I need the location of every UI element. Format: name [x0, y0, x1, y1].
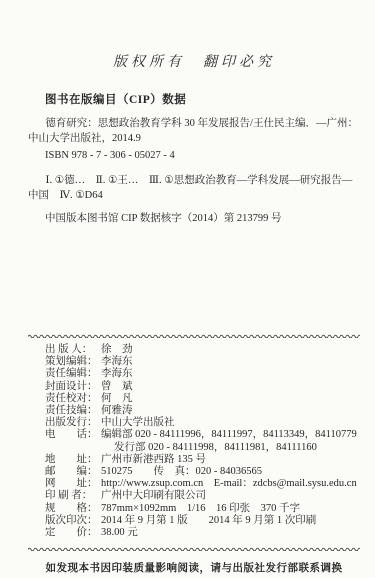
row-value: 何 凡 [101, 393, 133, 404]
row-value: 38.00 元 [101, 527, 138, 538]
row-value: 中山大学出版社 [101, 417, 175, 428]
colophon-row-proofreader: 责任校对：何 凡 [45, 393, 360, 405]
row-value: 发行部 020 - 84111998，84111981，84111160 [114, 442, 317, 453]
row-value: 徐 劲 [101, 344, 133, 355]
bottom-block: 如发现本书因印装质量影响阅读，请与出版社发行部联系调换 [28, 538, 360, 575]
row-value: 广州市新港西路 135 号 [101, 454, 206, 465]
colophon-row-publishing-house: 出版发行：中山大学出版社 [45, 417, 360, 429]
colophon-row-edition: 版次印次：2014 年 9 月第 1 版 2014 年 9 月第 1 次印刷 [45, 515, 360, 527]
row-value: 李海东 [101, 368, 133, 379]
cip-classification: Ⅰ. ①德… Ⅱ. ①王… Ⅲ. ①思想政治教育—学科发展—研究报告—中国 Ⅳ.… [28, 173, 360, 203]
row-label: 地 址： [45, 454, 101, 466]
row-label: 邮 编： [45, 466, 101, 478]
wavy-divider-top [28, 333, 360, 338]
row-value: 510275 传 真：020 - 84036565 [101, 466, 262, 477]
cip-data-title: 图书在版编目（CIP）数据 [28, 93, 360, 107]
colophon-row-address: 地 址：广州市新港西路 135 号 [45, 454, 360, 466]
colophon-row-postcode-fax: 邮 编：510275 传 真：020 - 84036565 [45, 466, 360, 478]
row-label: 封面设计： [45, 381, 101, 393]
colophon-row-website-email: 网 址：http://www.zsup.com.cn E-mail：zdcbs@… [45, 478, 360, 490]
colophon-row-telephone-cont: 发行部 020 - 84111998，84111981，84111160 [45, 442, 360, 454]
row-value: 李海东 [101, 356, 133, 367]
row-label: 策划编辑： [45, 356, 101, 368]
row-label: 责任技编： [45, 405, 101, 417]
row-value: 编辑部 020 - 84111996，84111997，84113349，841… [101, 429, 357, 440]
row-value: 广州中大印刷有限公司 [101, 490, 206, 501]
cip-description: 德育研究：思想政治教育学科 30 年发展报告/王仕民主编．—广州：中山大学出版社… [28, 116, 360, 146]
row-label: 责任编辑： [45, 368, 101, 380]
row-label: 印 刷 者： [45, 490, 101, 502]
row-label: 规 格： [45, 503, 101, 515]
row-label: 版次印次： [45, 515, 101, 527]
colophon-row-cover-design: 封面设计：曾 斌 [45, 381, 360, 393]
row-label: 电 话： [45, 429, 101, 441]
row-value: http://www.zsup.com.cn E-mail：zdcbs@mail… [101, 478, 357, 489]
row-value: 2014 年 9 月第 1 版 2014 年 9 月第 1 次印刷 [101, 515, 316, 526]
row-label: 责任校对： [45, 393, 101, 405]
colophon-row-publisher: 出 版 人：徐 劲 [45, 344, 360, 356]
row-label: 网 址： [45, 478, 101, 490]
cip-record-number: 中国版本图书馆 CIP 数据核字（2014）第 213799 号 [28, 212, 360, 226]
colophon-row-format: 规 格：787mm×1092mm 1/16 16 印张 370 千字 [45, 503, 360, 515]
isbn-number: ISBN 978 - 7 - 306 - 05027 - 4 [28, 149, 360, 163]
colophon-block: 出 版 人：徐 劲 策划编辑：李海东 责任编辑：李海东 封面设计：曾 斌 责任校… [28, 344, 360, 539]
wavy-divider-bottom [28, 546, 360, 551]
row-value: 曾 斌 [101, 381, 133, 392]
copyright-notice: 版权所有 翻印必究 [28, 0, 360, 71]
row-value: 何雅涛 [101, 405, 133, 416]
row-value: 787mm×1092mm 1/16 16 印张 370 千字 [101, 503, 300, 514]
colophon-row-technical-editor: 责任技编：何雅涛 [45, 405, 360, 417]
colophon-row-printer: 印 刷 者：广州中大印刷有限公司 [45, 490, 360, 502]
row-label: 出版发行： [45, 417, 101, 429]
copyright-page: 版权所有 翻印必究 图书在版编目（CIP）数据 德育研究：思想政治教育学科 30… [0, 0, 375, 578]
colophon-row-telephone: 电 话：编辑部 020 - 84111996，84111997，84113349… [45, 429, 360, 441]
row-label: 出 版 人： [45, 344, 101, 356]
colophon-row-planning-editor: 策划编辑：李海东 [45, 356, 360, 368]
quality-exchange-notice: 如发现本书因印装质量影响阅读，请与出版社发行部联系调换 [28, 562, 360, 575]
colophon-row-responsible-editor: 责任编辑：李海东 [45, 368, 360, 380]
